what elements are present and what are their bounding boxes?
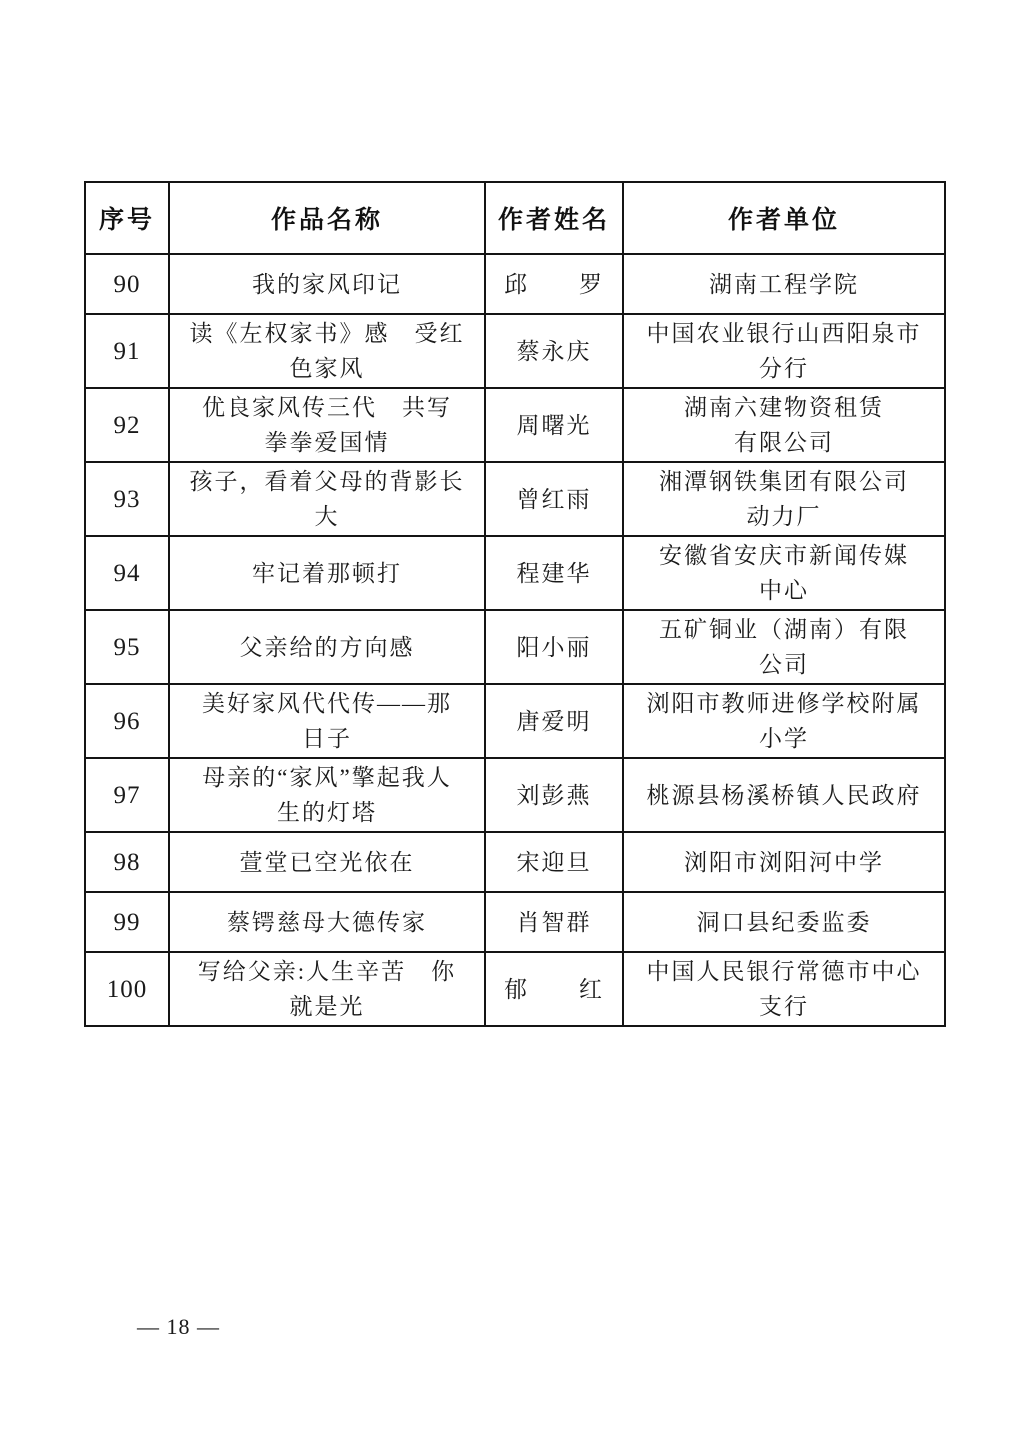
work-title: 美好家风代代传——那 日子 (169, 684, 485, 758)
work-title: 我的家风印记 (169, 254, 485, 314)
row-number: 91 (85, 314, 169, 388)
author-name: 周曙光 (485, 388, 623, 462)
author-unit: 中国人民银行常德市中心 支行 (623, 952, 945, 1026)
header-serial-number: 序号 (85, 182, 169, 254)
author-name: 邱 罗 (485, 254, 623, 314)
author-unit: 桃源县杨溪桥镇人民政府 (623, 758, 945, 832)
author-name: 唐爱明 (485, 684, 623, 758)
table-row: 91 读《左权家书》感 受红 色家风 蔡永庆 中国农业银行山西阳泉市 分行 (85, 314, 945, 388)
work-title: 读《左权家书》感 受红 色家风 (169, 314, 485, 388)
table-row: 99 蔡锷慈母大德传家 肖智群 洞口县纪委监委 (85, 892, 945, 952)
row-number: 99 (85, 892, 169, 952)
row-number: 92 (85, 388, 169, 462)
author-unit: 五矿铜业（湖南）有限 公司 (623, 610, 945, 684)
work-title: 孩子，看着父母的背影长 大 (169, 462, 485, 536)
table-row: 100 写给父亲:人生辛苦 你 就是光 郁 红 中国人民银行常德市中心 支行 (85, 952, 945, 1026)
row-number: 96 (85, 684, 169, 758)
row-number: 97 (85, 758, 169, 832)
author-name: 曾红雨 (485, 462, 623, 536)
header-work-title: 作品名称 (169, 182, 485, 254)
author-unit: 中国农业银行山西阳泉市 分行 (623, 314, 945, 388)
table-row: 92 优良家风传三代 共写 拳拳爱国情 周曙光 湖南六建物资租赁 有限公司 (85, 388, 945, 462)
document-page: 序号 作品名称 作者姓名 作者单位 90 我的家风印记 邱 罗 湖南工程学院 9… (0, 0, 1024, 1448)
table-row: 96 美好家风代代传——那 日子 唐爱明 浏阳市教师进修学校附属 小学 (85, 684, 945, 758)
work-title: 优良家风传三代 共写 拳拳爱国情 (169, 388, 485, 462)
author-unit: 浏阳市教师进修学校附属 小学 (623, 684, 945, 758)
header-author-unit: 作者单位 (623, 182, 945, 254)
row-number: 95 (85, 610, 169, 684)
work-title: 萱堂已空光依在 (169, 832, 485, 892)
work-title: 父亲给的方向感 (169, 610, 485, 684)
table-row: 93 孩子，看着父母的背影长 大 曾红雨 湘潭钢铁集团有限公司 动力厂 (85, 462, 945, 536)
author-name: 宋迎旦 (485, 832, 623, 892)
row-number: 93 (85, 462, 169, 536)
table-row: 97 母亲的“家风”擎起我人 生的灯塔 刘彭燕 桃源县杨溪桥镇人民政府 (85, 758, 945, 832)
author-unit: 浏阳市浏阳河中学 (623, 832, 945, 892)
author-unit: 洞口县纪委监委 (623, 892, 945, 952)
work-title: 母亲的“家风”擎起我人 生的灯塔 (169, 758, 485, 832)
row-number: 90 (85, 254, 169, 314)
author-name: 程建华 (485, 536, 623, 610)
author-name: 阳小丽 (485, 610, 623, 684)
table-row: 90 我的家风印记 邱 罗 湖南工程学院 (85, 254, 945, 314)
works-table: 序号 作品名称 作者姓名 作者单位 90 我的家风印记 邱 罗 湖南工程学院 9… (84, 181, 946, 1027)
table-header-row: 序号 作品名称 作者姓名 作者单位 (85, 182, 945, 254)
author-unit: 湖南工程学院 (623, 254, 945, 314)
author-name: 肖智群 (485, 892, 623, 952)
row-number: 98 (85, 832, 169, 892)
page-number: — 18 — (137, 1314, 220, 1340)
work-title: 写给父亲:人生辛苦 你 就是光 (169, 952, 485, 1026)
header-author-name: 作者姓名 (485, 182, 623, 254)
author-unit: 安徽省安庆市新闻传媒 中心 (623, 536, 945, 610)
row-number: 100 (85, 952, 169, 1026)
author-name: 郁 红 (485, 952, 623, 1026)
table-row: 95 父亲给的方向感 阳小丽 五矿铜业（湖南）有限 公司 (85, 610, 945, 684)
author-unit: 湖南六建物资租赁 有限公司 (623, 388, 945, 462)
table-row: 98 萱堂已空光依在 宋迎旦 浏阳市浏阳河中学 (85, 832, 945, 892)
author-name: 刘彭燕 (485, 758, 623, 832)
author-name: 蔡永庆 (485, 314, 623, 388)
work-title: 蔡锷慈母大德传家 (169, 892, 485, 952)
table-row: 94 牢记着那顿打 程建华 安徽省安庆市新闻传媒 中心 (85, 536, 945, 610)
author-unit: 湘潭钢铁集团有限公司 动力厂 (623, 462, 945, 536)
row-number: 94 (85, 536, 169, 610)
work-title: 牢记着那顿打 (169, 536, 485, 610)
